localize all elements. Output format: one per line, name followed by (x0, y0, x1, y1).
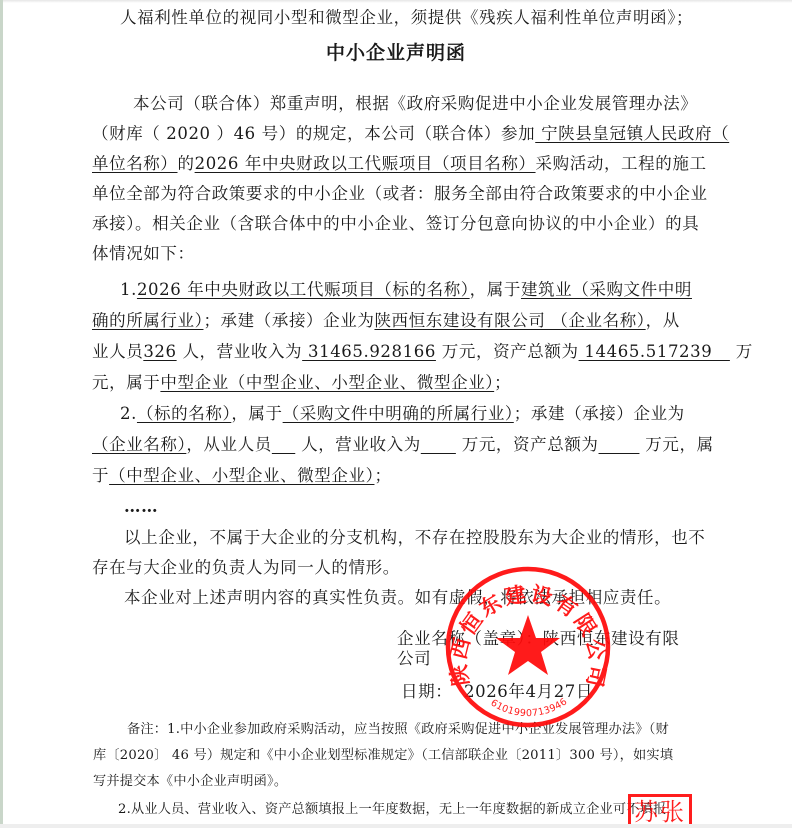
para1-line5: 承接）。相关企业（含联合体中的中小企业、签订分包意向协议的中小企业）的具 (92, 214, 699, 234)
purchaser-name-cont: 单位名称） (92, 154, 178, 173)
item2-employees (272, 435, 295, 454)
item2-assets-label: 万元，资产总额为 (456, 435, 599, 454)
para2-line2: 存在与大企业的负责人为同一人的情形。 (92, 558, 400, 578)
para1-line2: （财库（ 2020 ）46 号）的规定，本公司（联合体）参加 宁陕县皇冠镇人民政… (92, 124, 729, 144)
item1-contractor-name: 陕西恒东建设有限公司 （企业名称） (374, 311, 645, 330)
item2-project-name: （标的名称） (137, 404, 231, 423)
note1-line3: 写并提交本《中小企业声明函》。 (93, 773, 287, 791)
para1-line1: 本公司（联合体）郑重声明，根据《政府采购促进中小企业发展管理办法》 (133, 94, 697, 114)
item1-belongs: ，属于 (470, 280, 521, 299)
item1-from: ，从 (646, 311, 680, 330)
item1-end: ； (494, 373, 511, 392)
note1-line2: 库〔2020〕 46 号）规定和《中小企业划型标准规定》（工信部联企业〔2011… (93, 747, 673, 765)
item1-assets-unit: 万 (730, 342, 753, 361)
item2-line3: 于（中型企业、小型企业、微型企业）； (92, 466, 392, 486)
item2-belongs-b: 于 (92, 466, 109, 485)
item1-revenue: 31465.928166 (302, 342, 436, 361)
signature-company-line2: 公司 (397, 649, 431, 669)
item1-number: 1. (120, 280, 137, 299)
item1-industry: 建筑业（采购文件中明 (521, 280, 692, 299)
item2-employees-label: ，从业人员 (186, 435, 272, 454)
signature-date-line: 日期： 2026年4月27日 (401, 682, 593, 702)
item1-belongs-label: 元，属于 (92, 373, 160, 392)
item2-line1: 2.（标的名称），属于（采购文件中明确的所属行业）；承建（承接）企业为 (120, 404, 685, 424)
item2-number: 2. (120, 404, 137, 423)
date-value: 2026年4月27日 (464, 682, 593, 701)
item1-line4: 元，属于中型企业（中型企业、小型企业、微型企业）； (92, 373, 511, 393)
item2-assets (599, 435, 640, 454)
item2-revenue-label: 人，营业收入为 (295, 435, 421, 454)
personal-seal-stamp: 苏张 (628, 794, 692, 828)
item1-line1: 1.2026 年中央财政以工代赈项目（标的名称），属于建筑业（采购文件中明 (120, 280, 692, 300)
item1-assets-label: 万元，资产总额为 (436, 342, 579, 361)
item1-assets: 14465.517239 (579, 342, 730, 361)
para3: 本企业对上述声明内容的真实性负责。如有虚假，将依法承担相应责任。 (124, 588, 671, 608)
project-name: 2026 年中央财政以工代赈项目（项目名称） (195, 154, 536, 173)
company-label: 企业名称（盖章）： (397, 629, 543, 648)
signature-company-line: 企业名称（盖章）：陕西恒东建设有限 (397, 629, 679, 649)
item2-line2: （企业名称），从业人员 人，营业收入为 万元，资产总额为 万元，属 (92, 435, 714, 455)
company-name: 陕西恒东建设有限 (543, 629, 680, 648)
item2-end: ； (374, 466, 391, 485)
purchaser-name: 宁陕县皇冠镇人民政府（ (535, 124, 729, 143)
ellipsis: …… (124, 497, 158, 517)
item1-employees-label: 业人员 (92, 342, 143, 361)
item1-project-name: 2026 年中央财政以工代赈项目（标的名称） (137, 280, 470, 299)
page-left-border (0, 0, 3, 828)
item2-belongs: ，属于 (231, 404, 282, 423)
date-label: 日期： (401, 682, 452, 701)
item2-assets-unit: 万元，属 (639, 435, 713, 454)
note1-line1: 备注：1.中小企业参加政府采购活动，应当按照《政府采购促进中小企业发展管理办法》… (127, 721, 669, 739)
item1-enterprise-type: 中型企业（中型企业、小型企业、微型企业） (160, 373, 494, 392)
item1-industry-cont: 确的所属行业） (92, 311, 203, 330)
intro-line: 人福利性单位的视同小型和微型企业，须提供《残疾人福利性单位声明函》； (120, 8, 693, 28)
para1-line2-text: （财库（ 2020 ）46 号）的规定，本公司（联合体）参加 (92, 124, 535, 143)
item2-revenue (421, 435, 456, 454)
item1-line2: 确的所属行业）；承建（承接）企业为陕西恒东建设有限公司 （企业名称），从 (92, 311, 680, 331)
para1-line4: 单位全部为符合政策要求的中小企业（或者：服务全部由符合政策要求的中小企业 (92, 184, 708, 204)
para2-line1: 以上企业，不属于大企业的分支机构，不存在控股股东为大企业的情形，也不 (124, 528, 705, 548)
para1-line3-text: 采购活动，工程的施工 (536, 154, 707, 173)
item1-line3: 业人员326 人，营业收入为 31465.928166 万元，资产总额为 144… (92, 342, 753, 362)
note2-line1: 2.从业人员、营业收入、资产总额填报上一年度数据，无上一年度数据的新成立企业可不… (118, 801, 666, 819)
page-bottom-shadow (0, 824, 792, 828)
item2-industry: （采购文件中明确的所属行业） (283, 404, 514, 423)
item1-contractor-label: ；承建（承接）企业为 (203, 311, 374, 330)
para1-line3-of: 的 (178, 154, 195, 173)
para1-line6: 体情况如下： (92, 244, 195, 264)
item1-employees: 326 (143, 342, 176, 361)
item1-revenue-label: 人，营业收入为 (177, 342, 303, 361)
page-top-shadow (0, 0, 792, 3)
item2-enterprise-type: （中型企业、小型企业、微型企业） (109, 466, 374, 485)
item2-contractor-label: ；承建（承接）企业为 (514, 404, 685, 423)
item2-contractor-name: （企业名称） (92, 435, 186, 454)
para1-line3: 单位名称）的2026 年中央财政以工代赈项目（项目名称）采购活动，工程的施工 (92, 154, 707, 174)
page-title: 中小企业声明函 (0, 38, 792, 65)
